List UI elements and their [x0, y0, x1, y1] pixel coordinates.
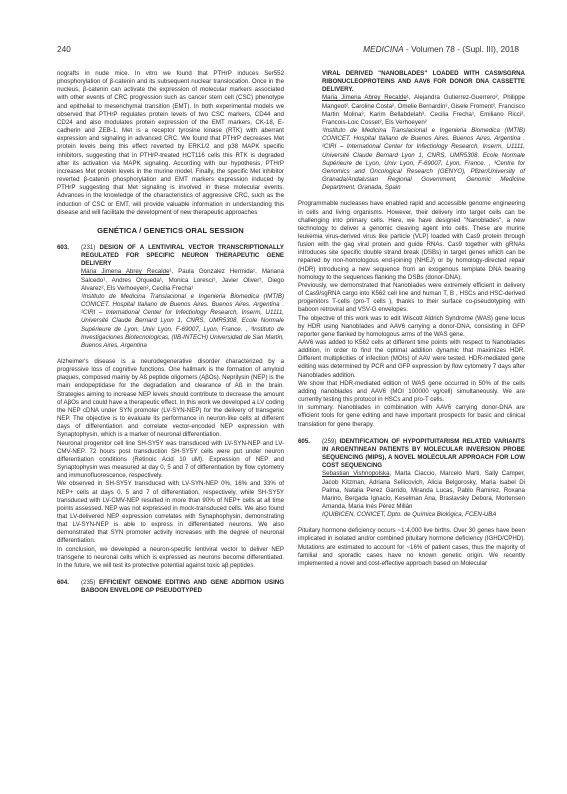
- abstract-603: 603. (231) DESIGN OF A LENTIVIRAL VECTOR…: [57, 244, 284, 350]
- abstract-number: 605.: [298, 438, 310, 446]
- abstract-authors: Sebastian Vishnopolska, Marta Ciaccio, M…: [322, 470, 525, 511]
- body-paragraph: We observed in SH-SY5Y transduced with L…: [57, 480, 284, 545]
- abstract-title-text: IDENTIFICATION OF HYPOPITUITARISM RELATE…: [322, 438, 525, 469]
- abstract-title: (235) EFFICIENT GENOME EDITING AND GENE …: [81, 579, 284, 595]
- journal-name: MEDICINA: [363, 44, 404, 54]
- body-paragraph: Alzheimer's disease is a neurodegenerati…: [57, 358, 284, 440]
- body-paragraph: In summary, Nanoblades in combination wi…: [298, 404, 525, 428]
- left-column: nografts in nude mice. In vitro we found…: [57, 70, 284, 595]
- body-paragraph: Pituitary hormone deficiency occurs ~1:4…: [298, 527, 525, 568]
- body-paragraph: The objective of this work was to edit W…: [298, 315, 525, 339]
- abstract-title: (231) DESIGN OF A LENTIVIRAL VECTOR TRAN…: [81, 244, 284, 268]
- abstract-number: 603.: [57, 244, 69, 252]
- continuation-paragraph: nografts in nude mice. In vitro we found…: [57, 70, 284, 217]
- journal-volume: - Volumen 78 - (Supl. III), 2018: [404, 44, 519, 54]
- presenting-author: Maria Jimena Abrey Recalde: [81, 268, 169, 275]
- abstract-affiliations: IQUIBICEN, CONICET, Dpto. de Química Bio…: [322, 511, 525, 519]
- body-paragraph: Previously, we demonstrated that Nanobla…: [298, 282, 525, 315]
- body-paragraph: We show that HDR-mediated edition of WAS…: [298, 380, 525, 404]
- journal-citation: MEDICINA - Volumen 78 - (Supl. III), 201…: [363, 44, 519, 54]
- abstract-605-body: Pituitary hormone deficiency occurs ~1:4…: [298, 527, 525, 568]
- abstract-code: (231): [81, 244, 100, 251]
- abstract-authors: Maria Jimena Abrey Recalde¹, Alejandra G…: [322, 94, 525, 127]
- abstract-code: (259): [322, 438, 340, 445]
- abstract-authors: Maria Jimena Abrey Recalde¹, Paula Gonza…: [81, 268, 284, 292]
- page-number: 240: [57, 44, 71, 54]
- abstract-title-text: VIRAL DERIVED "NANOBLADES" LOADED WITH C…: [322, 70, 525, 94]
- abstract-code: (235): [81, 579, 99, 586]
- section-heading: GENÉTICA / GENETICS ORAL SESSION: [57, 227, 284, 235]
- abstract-603-body: Alzheimer's disease is a neurodegenerati…: [57, 358, 284, 570]
- body-paragraph: In conclusion, we developed a neuron-spe…: [57, 546, 284, 570]
- body-paragraph: Neuronal progenitor cell line SH-SY5Y wa…: [57, 440, 284, 481]
- body-paragraph: Programmable nucleases have enabled rapi…: [298, 200, 525, 282]
- abstract-title: (259) IDENTIFICATION OF HYPOPITUITARISM …: [322, 438, 525, 471]
- abstract-604-continued: VIRAL DERIVED "NANOBLADES" LOADED WITH C…: [298, 70, 525, 192]
- right-column: VIRAL DERIVED "NANOBLADES" LOADED WITH C…: [298, 70, 525, 568]
- page-header: 240 MEDICINA - Volumen 78 - (Supl. III),…: [57, 44, 519, 56]
- abstract-title-text: EFFICIENT GENOME EDITING AND GENE ADDITI…: [81, 579, 284, 594]
- abstract-604: 604. (235) EFFICIENT GENOME EDITING AND …: [57, 579, 284, 595]
- abstract-number: 604.: [57, 579, 69, 587]
- presenting-author: Maria Jimena Abrey Recalde: [322, 94, 407, 101]
- body-paragraph: AAV6 was added to K562 cells at differen…: [298, 339, 525, 380]
- abstract-title-text: DESIGN OF A LENTIVIRAL VECTOR TRANSCRIPT…: [81, 244, 284, 267]
- presenting-author: Sebastian Vishnopolska: [322, 470, 390, 477]
- abstract-605: 605. (259) IDENTIFICATION OF HYPOPITUITA…: [298, 438, 525, 520]
- abstract-affiliations: ¹Instituto de Medicina Translacional e I…: [322, 127, 525, 192]
- abstract-affiliations: ¹Instituto de Medicina Translacional e I…: [81, 293, 284, 350]
- abstract-604-body: Programmable nucleases have enabled rapi…: [298, 200, 525, 428]
